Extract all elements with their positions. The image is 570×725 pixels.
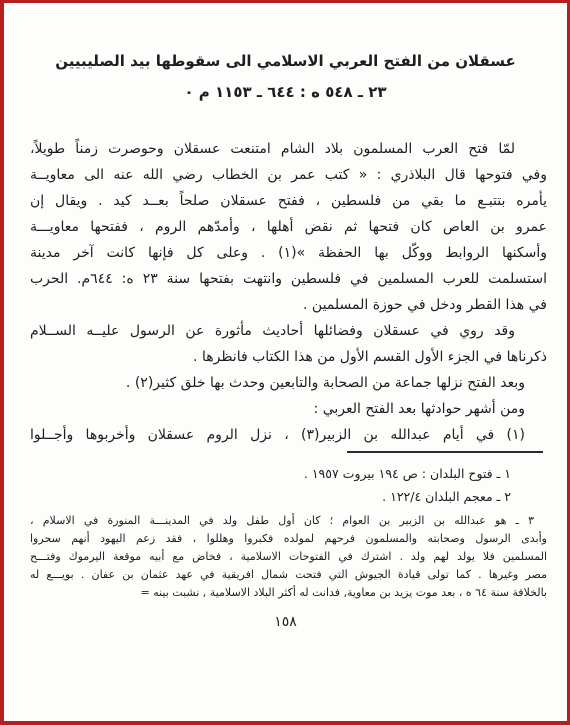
footnotes: ١ ـ فتوح البلدان : ص ١٩٤ بيروت ١٩٥٧ . ٢ … [30, 462, 547, 602]
chapter-header: عسقلان من الفتح العربي الاسلامي الى سقوط… [4, 52, 567, 102]
chapter-title: عسقلان من الفتح العربي الاسلامي الى سقوط… [4, 52, 567, 71]
footnote-3: ٣ ـ هو عبدالله بن الزبير بن العوام ؛ كان… [30, 512, 547, 602]
body-line: وفي فتوحها قال البلاذري : « كتب عمر بن ا… [30, 162, 547, 188]
footnote-2: ٢ ـ معجم البلدان ١٢٢/٤ . [30, 485, 511, 508]
body-line: ومن أشهر حوادثها بعد الفتح العربي : [30, 396, 547, 422]
body-line: وبعد الفتح نزلها جماعة من الصحابة والتاب… [30, 370, 547, 396]
scanned-book-page: عسقلان من الفتح العربي الاسلامي الى سقوط… [0, 0, 570, 725]
body-line: عمرو بن العاص كان فتحها ثم نقض أهلها ، و… [30, 214, 547, 240]
body-line: استسلمت للعرب المسلمين في فلسطين وانتهت … [30, 266, 547, 292]
footnote-3-line: المسلمين فلا يولد لهم ولد . اشترك في الف… [30, 548, 547, 566]
footnote-separator-rule [347, 451, 543, 453]
body-line: لمّا فتح العرب المسلمون بلاد الشام امتنع… [30, 136, 547, 162]
page-number: ١٥٨ [4, 614, 567, 630]
footnote-3-line: وأبدى الرسول وصحابته والمسلمون فرحهم لمو… [30, 530, 547, 548]
body-line: وقد روي في عسقلان وفضائلها أحاديث مأثورة… [30, 318, 547, 344]
body-text: لمّا فتح العرب المسلمون بلاد الشام امتنع… [30, 136, 547, 448]
footnote-1: ١ ـ فتوح البلدان : ص ١٩٤ بيروت ١٩٥٧ . [30, 462, 511, 485]
body-line: (١) في أيام عبدالله بن الزبير(٣) ، نزل ا… [30, 422, 547, 448]
footnote-3-line: مصر وغيرها . كما تولى قيادة الجيوش التي … [30, 566, 547, 584]
body-line: ذكرناها في الجزء الأول القسم الأول من هذ… [30, 344, 547, 370]
body-line: في هذا القطر ودخل في حوزة المسلمين . [30, 292, 547, 318]
chapter-dates: ٢٣ ـ ٥٤٨ ه : ٦٤٤ ـ ١١٥٣ م ٠ [4, 83, 567, 102]
footnote-3-line: ٣ ـ هو عبدالله بن الزبير بن العوام ؛ كان… [30, 512, 547, 530]
body-line: يأمره بتتبـع ما بقي من فلسطين ، ففتح عسق… [30, 188, 547, 214]
body-line: وأسكنها الروابط ووكّل بها الحفظة »(١) . … [30, 240, 547, 266]
footnote-3-line: بالخلافة سنة ٦٤ ه ، بعد موت يزيد بن معاو… [30, 584, 547, 602]
